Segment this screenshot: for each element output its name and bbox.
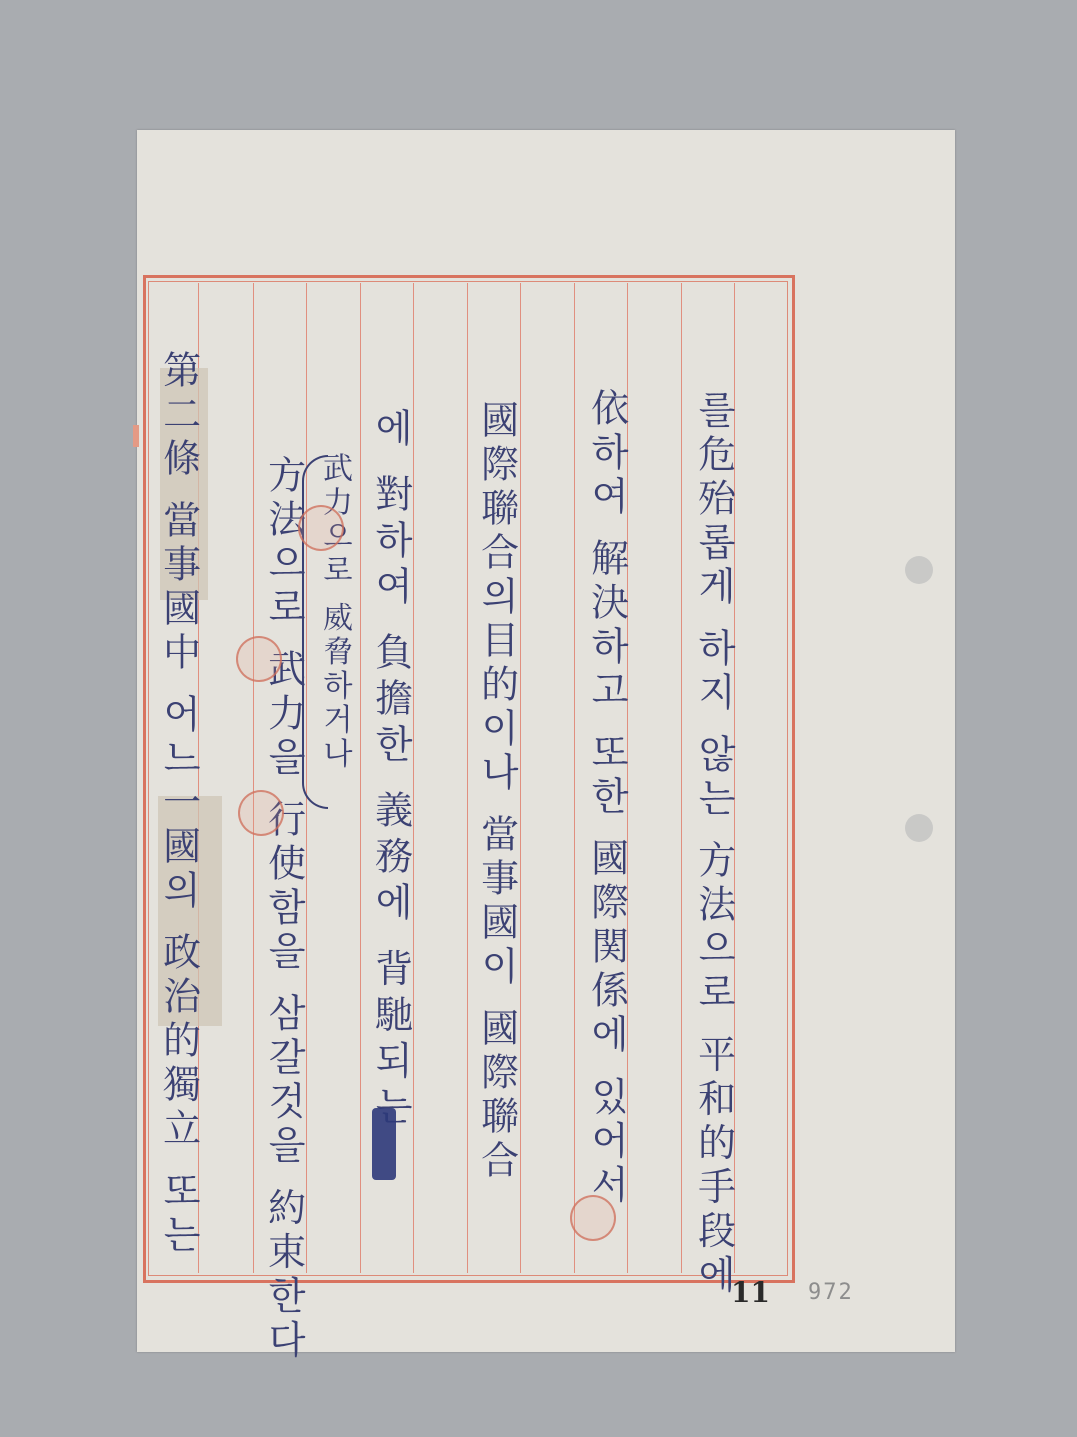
text-column-1: 를危殆롭게 하지 않는 方法으로 平和的手段에 (685, 390, 741, 1298)
seal-stamp (298, 505, 344, 551)
strikeout-scribble (372, 1108, 396, 1180)
seal-stamp (570, 1195, 616, 1241)
text-column-6: 第二條 當事國中 어느一國의 政治的獨立 또는 (150, 350, 206, 1258)
text-column-5: 方法으로 武力을 行使함을 삼갈것을 約束한다 (255, 455, 311, 1363)
column-text: 國際聯合의目的이나 當事國이 國際聯合 (474, 400, 517, 1184)
column-text: 第二條 當事國中 어느一國의 政治的獨立 또는 (156, 350, 199, 1258)
page-number: 11 (731, 1276, 770, 1309)
text-column-2: 依하여 解決하고 또한 國際関係에 있어서 (578, 388, 634, 1208)
punch-hole (905, 814, 933, 842)
column-text: 依하여 解決하고 또한 國際関係에 있어서 (584, 388, 627, 1208)
column-rule (253, 283, 254, 1273)
text-column-4: 에 對하여 負擔한 義務에 背馳되는 (362, 408, 418, 1132)
text-column-3: 國際聯合의目的이나 當事國이 國際聯合 (468, 400, 524, 1184)
red-margin-mark (133, 425, 139, 447)
column-rule (360, 283, 361, 1273)
column-text: 에 對하여 負擔한 義務에 背馳되는 (368, 408, 411, 1132)
archive-stamp-number: 972 (808, 1280, 854, 1305)
column-text: 를危殆롭게 하지 않는 方法으로 平和的手段에 (691, 390, 734, 1298)
column-text: 方法으로 武力을 行使함을 삼갈것을 約束한다 (261, 455, 304, 1363)
punch-hole (905, 556, 933, 584)
column-rule (681, 283, 682, 1273)
seal-stamp (236, 636, 282, 682)
seal-stamp (238, 790, 284, 836)
column-rule (574, 283, 575, 1273)
